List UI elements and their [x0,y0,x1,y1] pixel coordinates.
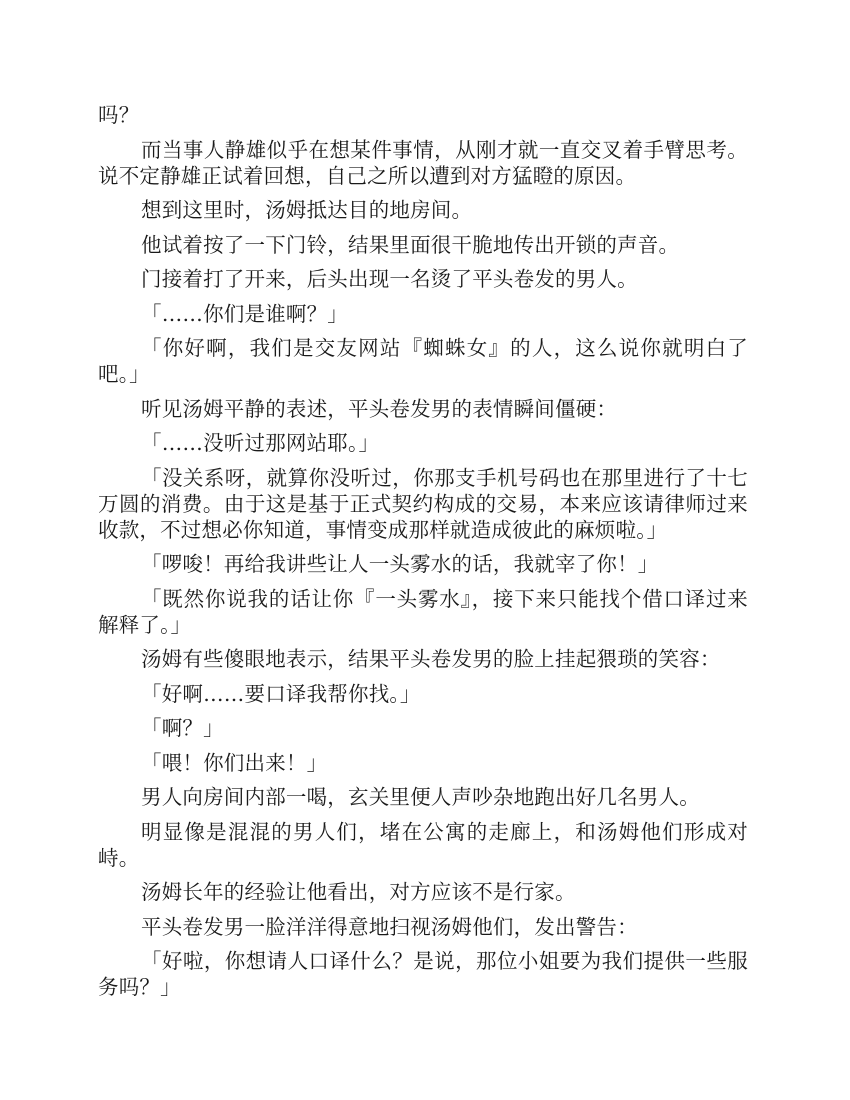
dialogue-line: 「喂！你们出来！」 [98,750,748,776]
dialogue-line: 「你好啊，我们是交友网站『蜘蛛女』的人，这么说你就明白了吧。」 [98,335,748,387]
paragraph: 汤姆长年的经验让他看出，对方应该不是行家。 [98,879,748,905]
paragraph: 而当事人静雄似乎在想某件事情，从刚才就一直交叉着手臂思考。说不定静雄正试着回想，… [98,137,748,189]
paragraph: 想到这里时，汤姆抵达目的地房间。 [98,197,748,223]
dialogue-line: 「啊？」 [98,715,748,741]
paragraph: 平头卷发男一脸洋洋得意地扫视汤姆他们，发出警告： [98,914,748,940]
paragraph: 吗？ [98,102,748,128]
paragraph: 听见汤姆平静的表述，平头卷发男的表情瞬间僵硬： [98,396,748,422]
paragraph: 明显像是混混的男人们，堵在公寓的走廊上，和汤姆他们形成对峙。 [98,819,748,871]
paragraph: 门接着打了开来，后头出现一名烫了平头卷发的男人。 [98,266,748,292]
dialogue-line: 「……没听过那网站耶。」 [98,430,748,456]
dialogue-line: 「好啊……要口译我帮你找。」 [98,681,748,707]
paragraph: 汤姆有些傻眼地表示，结果平头卷发男的脸上挂起猥琐的笑容： [98,646,748,672]
paragraph: 他试着按了一下门铃，结果里面很干脆地传出开锁的声音。 [98,232,748,258]
dialogue-line: 「好啦，你想请人口译什么？是说，那位小姐要为我们提供一些服务吗？」 [98,948,748,1000]
dialogue-line: 「啰唆！再给我讲些让人一头雾水的话，我就宰了你！」 [98,551,748,577]
paragraph: 男人向房间内部一喝，玄关里便人声吵杂地跑出好几名男人。 [98,784,748,810]
document-page: 吗？ 而当事人静雄似乎在想某件事情，从刚才就一直交叉着手臂思考。说不定静雄正试着… [98,102,748,1009]
dialogue-line: 「既然你说我的话让你『一头雾水』，接下来只能找个借口译过来解释了。」 [98,586,748,638]
dialogue-line: 「……你们是谁啊？」 [98,301,748,327]
dialogue-line: 「没关系呀，就算你没听过，你那支手机号码也在那里进行了十七万圆的消费。由于这是基… [98,465,748,543]
